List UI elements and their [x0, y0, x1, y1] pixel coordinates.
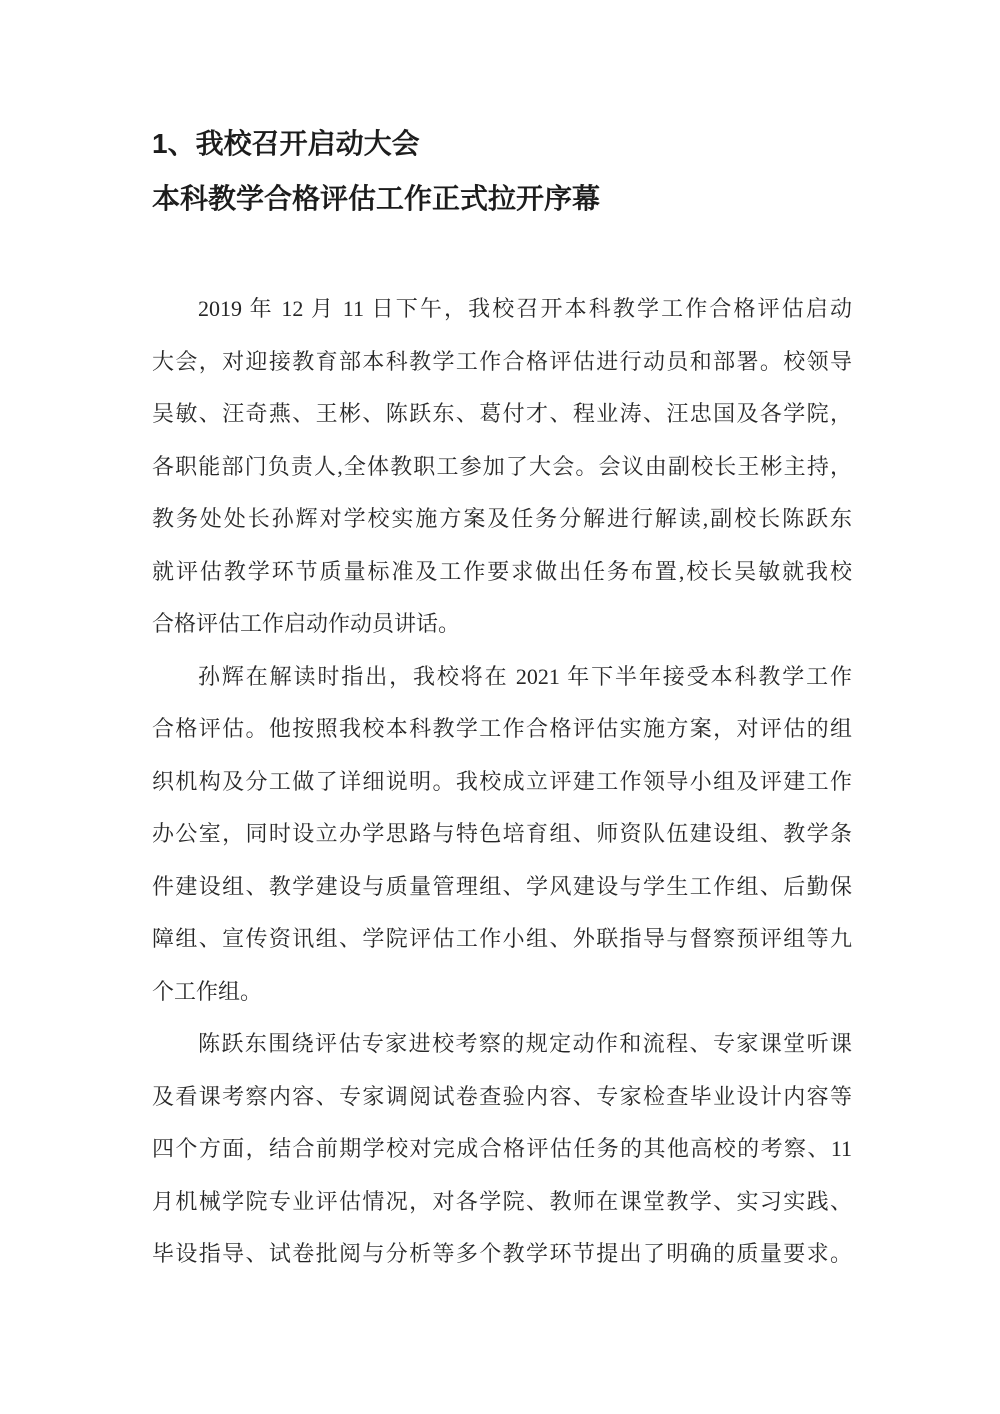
text-line: 月机械学院专业评估情况，对各学院、教师在课堂教学、实习实践、 — [152, 1176, 852, 1229]
document-page: 1、我校召开启动大会 本科教学合格评估工作正式拉开序幕 2019 年 12 月 … — [0, 0, 1000, 1414]
paragraph-2: 孙辉在解读时指出，我校将在 2021 年下半年接受本科教学工作 合格评估。他按照… — [152, 651, 852, 1019]
text-line: 件建设组、教学建设与质量管理组、学风建设与学生工作组、后勤保 — [152, 861, 852, 914]
heading-line-2: 本科教学合格评估工作正式拉开序幕 — [152, 182, 852, 216]
text-line: 合格评估工作启动作动员讲话。 — [152, 598, 852, 651]
text-line: 织机构及分工做了详细说明。我校成立评建工作领导小组及评建工作 — [152, 756, 852, 809]
text-line: 四个方面，结合前期学校对完成合格评估任务的其他高校的考察、11 — [152, 1123, 852, 1176]
paragraph-1: 2019 年 12 月 11 日下午，我校召开本科教学工作合格评估启动 大会，对… — [152, 283, 852, 651]
text-line: 合格评估。他按照我校本科教学工作合格评估实施方案，对评估的组 — [152, 703, 852, 756]
heading-line-1: 1、我校召开启动大会 — [152, 127, 852, 161]
text-line: 各职能部门负责人,全体教职工参加了大会。会议由副校长王彬主持， — [152, 441, 852, 494]
document-body: 2019 年 12 月 11 日下午，我校召开本科教学工作合格评估启动 大会，对… — [152, 283, 852, 1281]
text-line: 陈跃东围绕评估专家进校考察的规定动作和流程、专家课堂听课 — [152, 1018, 852, 1071]
text-line: 个工作组。 — [152, 966, 852, 1019]
text-line: 2019 年 12 月 11 日下午，我校召开本科教学工作合格评估启动 — [152, 283, 852, 336]
text-line: 大会，对迎接教育部本科教学工作合格评估进行动员和部署。校领导 — [152, 336, 852, 389]
text-line: 就评估教学环节质量标准及工作要求做出任务布置,校长吴敏就我校 — [152, 546, 852, 599]
text-line: 及看课考察内容、专家调阅试卷查验内容、专家检查毕业设计内容等 — [152, 1071, 852, 1124]
text-line: 孙辉在解读时指出，我校将在 2021 年下半年接受本科教学工作 — [152, 651, 852, 704]
text-line: 教务处处长孙辉对学校实施方案及任务分解进行解读,副校长陈跃东 — [152, 493, 852, 546]
text-line: 吴敏、汪奇燕、王彬、陈跃东、葛付才、程业涛、汪忠国及各学院， — [152, 388, 852, 441]
text-line: 毕设指导、试卷批阅与分析等多个教学环节提出了明确的质量要求。 — [152, 1228, 852, 1281]
text-line: 障组、宣传资讯组、学院评估工作小组、外联指导与督察预评组等九 — [152, 913, 852, 966]
paragraph-3: 陈跃东围绕评估专家进校考察的规定动作和流程、专家课堂听课 及看课考察内容、专家调… — [152, 1018, 852, 1281]
text-line: 办公室，同时设立办学思路与特色培育组、师资队伍建设组、教学条 — [152, 808, 852, 861]
